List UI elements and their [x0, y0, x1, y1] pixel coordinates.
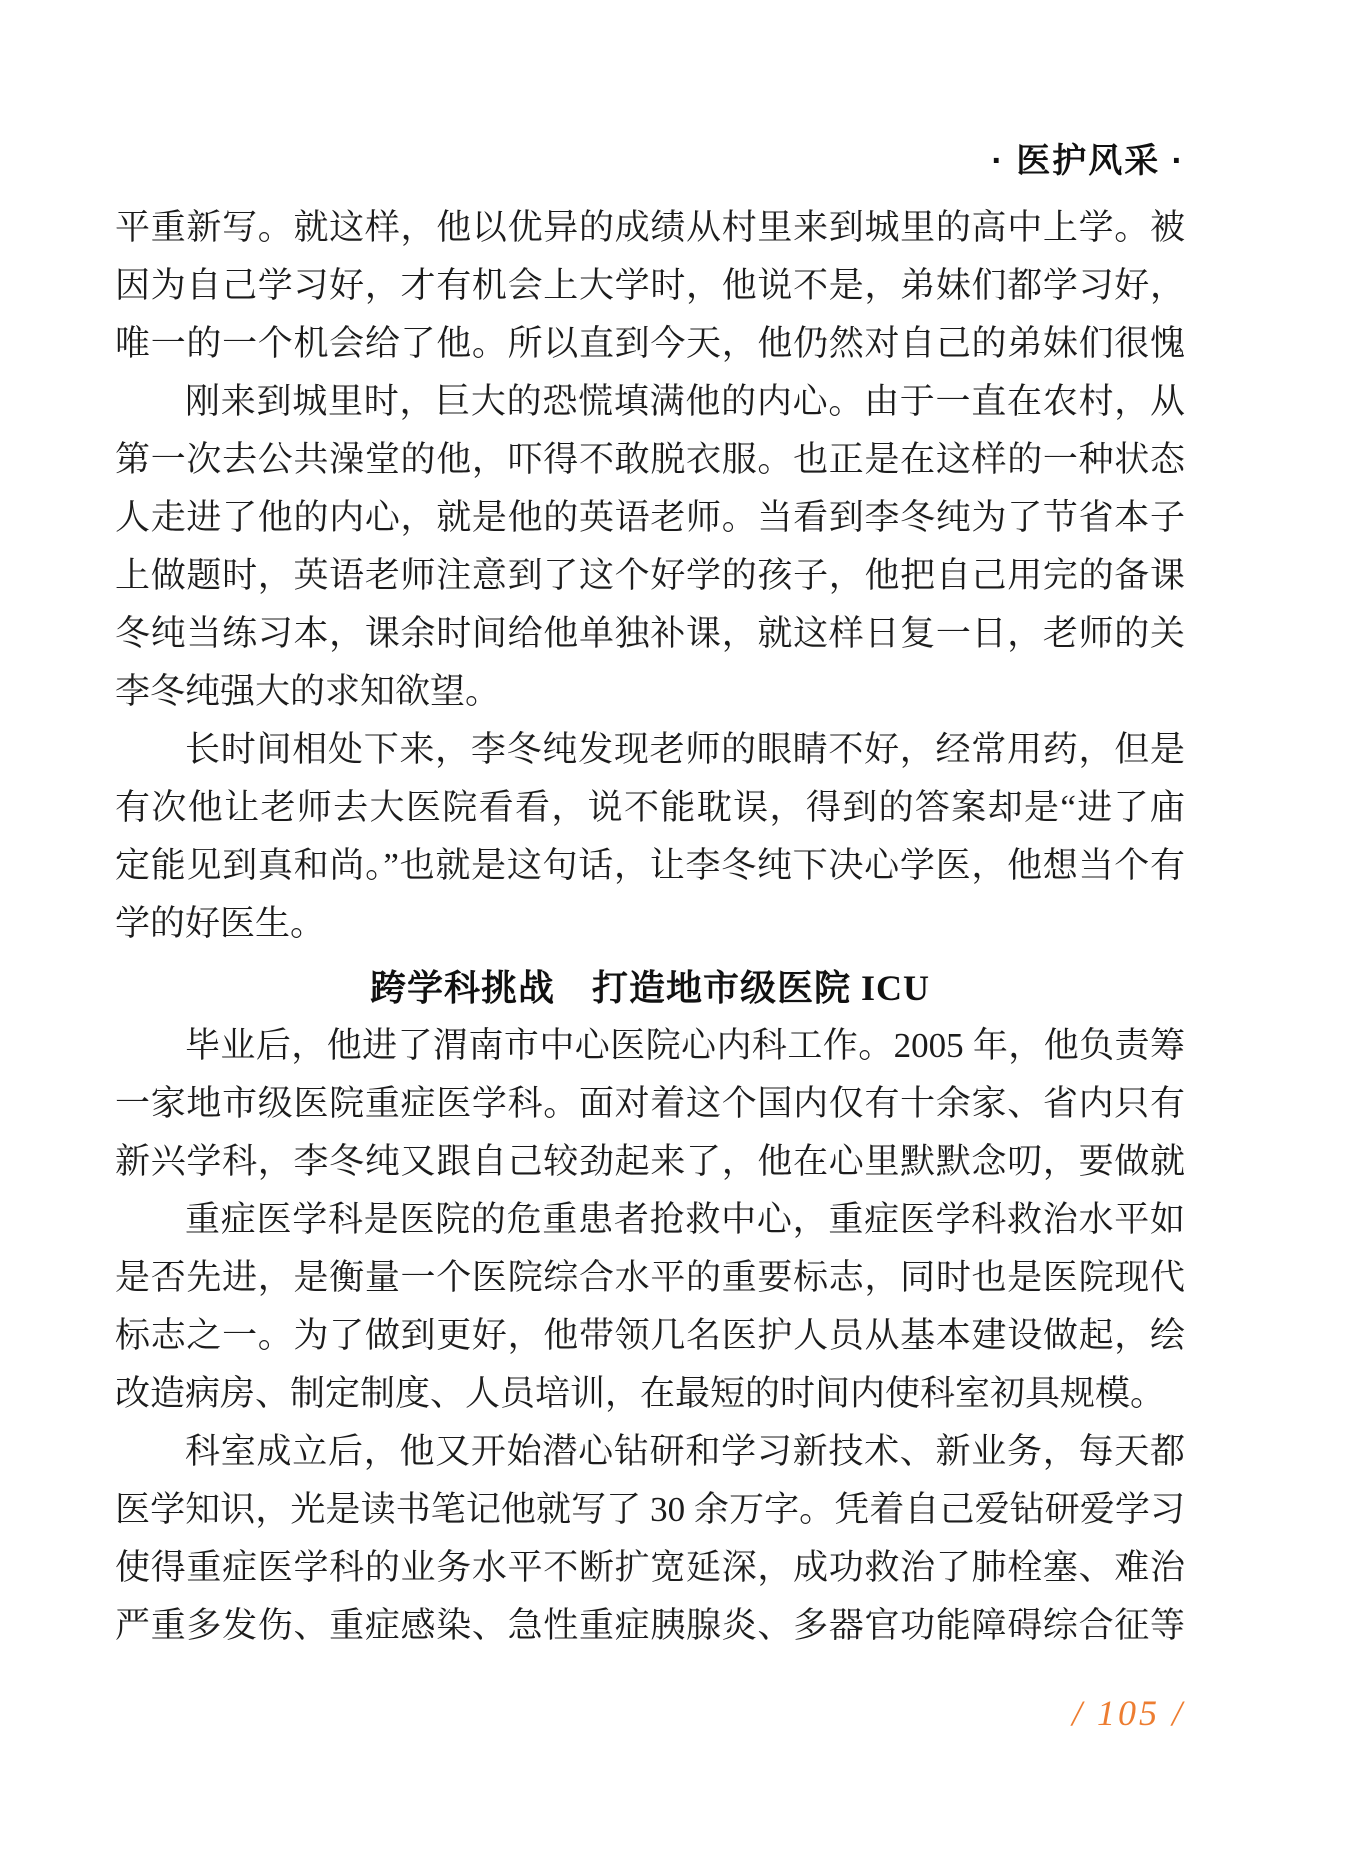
text-line: 有次他让老师去大医院看看，说不能耽误，得到的答案却是“进了庙门，不一: [115, 779, 1185, 837]
text-line: 冬纯当练习本，课余时间给他单独补课，就这样日复一日，老师的关心激起了: [115, 605, 1185, 663]
text-line: 使得重症医学科的业务水平不断扩宽延深，成功救治了肺栓塞、难治性心衰、: [115, 1539, 1185, 1597]
article-body: 平重新写。就这样，他以优异的成绩从村里来到城里的高中上学。被问及是否因为自己学习…: [115, 199, 1185, 1655]
text-line: 医学知识，光是读书笔记他就写了 30 余万字。凭着自己爱钻研爱学习的劲头，: [115, 1481, 1185, 1539]
paragraph: 刚来到城里时，巨大的恐慌填满他的内心。由于一直在农村，从来没进过城，第一次去公共…: [115, 373, 1185, 721]
text-line: 李冬纯强大的求知欲望。: [115, 663, 1185, 721]
text-line: 科室成立后，他又开始潜心钻研和学习新技术、新业务，每天都上网浏览: [115, 1423, 1185, 1481]
paragraph: 科室成立后，他又开始潜心钻研和学习新技术、新业务，每天都上网浏览医学知识，光是读…: [115, 1423, 1185, 1655]
text-line: 人走进了他的内心，就是他的英语老师。当看到李冬纯为了节省本子在操场地: [115, 489, 1185, 547]
page-number: / 105 /: [115, 1692, 1185, 1734]
document-page: · 医护风采 · 平重新写。就这样，他以优异的成绩从村里来到城里的高中上学。被问…: [0, 0, 1362, 1858]
paragraph: 平重新写。就这样，他以优异的成绩从村里来到城里的高中上学。被问及是否因为自己学习…: [115, 199, 1185, 373]
text-line: 新兴学科，李冬纯又跟自己较劲起来了，他在心里默默念叨，要做就做最好。: [115, 1133, 1185, 1191]
text-line: 定能见到真和尚。”也就是这句话，让李冬纯下决心学医，他想当个有真才实: [115, 837, 1185, 895]
section-heading: 跨学科挑战 打造地市级医院 ICU: [115, 953, 1185, 1017]
text-line: 长时间相处下来，李冬纯发现老师的眼睛不好，经常用药，但是不见起色。: [115, 721, 1185, 779]
text-line: 一家地市级医院重症医学科。面对着这个国内仅有十余家、省内只有一两家的: [115, 1075, 1185, 1133]
text-line: 学的好医生。: [115, 895, 1185, 953]
text-line: 改造病房、制定制度、人员培训，在最短的时间内使科室初具规模。: [115, 1365, 1185, 1423]
text-line: 毕业后，他进了渭南市中心医院心内科工作。2005 年，他负责筹建全省第: [115, 1017, 1185, 1075]
text-line: 唯一的一个机会给了他。所以直到今天，他仍然对自己的弟妹们很愧疚。: [115, 315, 1185, 373]
text-line: 刚来到城里时，巨大的恐慌填满他的内心。由于一直在农村，从来没进过城，: [115, 373, 1185, 431]
text-line: 平重新写。就这样，他以优异的成绩从村里来到城里的高中上学。被问及是否: [115, 199, 1185, 257]
text-line: 第一次去公共澡堂的他，吓得不敢脱衣服。也正是在这样的一种状态下，一个: [115, 431, 1185, 489]
text-line: 上做题时，英语老师注意到了这个好学的孩子，他把自己用完的备课本送给李: [115, 547, 1185, 605]
text-line: 严重多发伤、重症感染、急性重症胰腺炎、多器官功能障碍综合征等危重患者: [115, 1597, 1185, 1655]
text-line: 标志之一。为了做到更好，他带领几名医护人员从基本建设做起，绘制图纸、: [115, 1307, 1185, 1365]
paragraph: 毕业后，他进了渭南市中心医院心内科工作。2005 年，他负责筹建全省第一家地市级…: [115, 1017, 1185, 1191]
text-line: 因为自己学习好，才有机会上大学时，他说不是，弟妹们都学习好，但是家里: [115, 257, 1185, 315]
paragraph: 长时间相处下来，李冬纯发现老师的眼睛不好，经常用药，但是不见起色。有次他让老师去…: [115, 721, 1185, 953]
text-line: 是否先进，是衡量一个医院综合水平的重要标志，同时也是医院现代化的显著: [115, 1249, 1185, 1307]
running-header: · 医护风采 ·: [115, 133, 1185, 182]
text-line: 重症医学科是医院的危重患者抢救中心，重症医学科救治水平如何、设备: [115, 1191, 1185, 1249]
paragraph: 重症医学科是医院的危重患者抢救中心，重症医学科救治水平如何、设备是否先进，是衡量…: [115, 1191, 1185, 1423]
